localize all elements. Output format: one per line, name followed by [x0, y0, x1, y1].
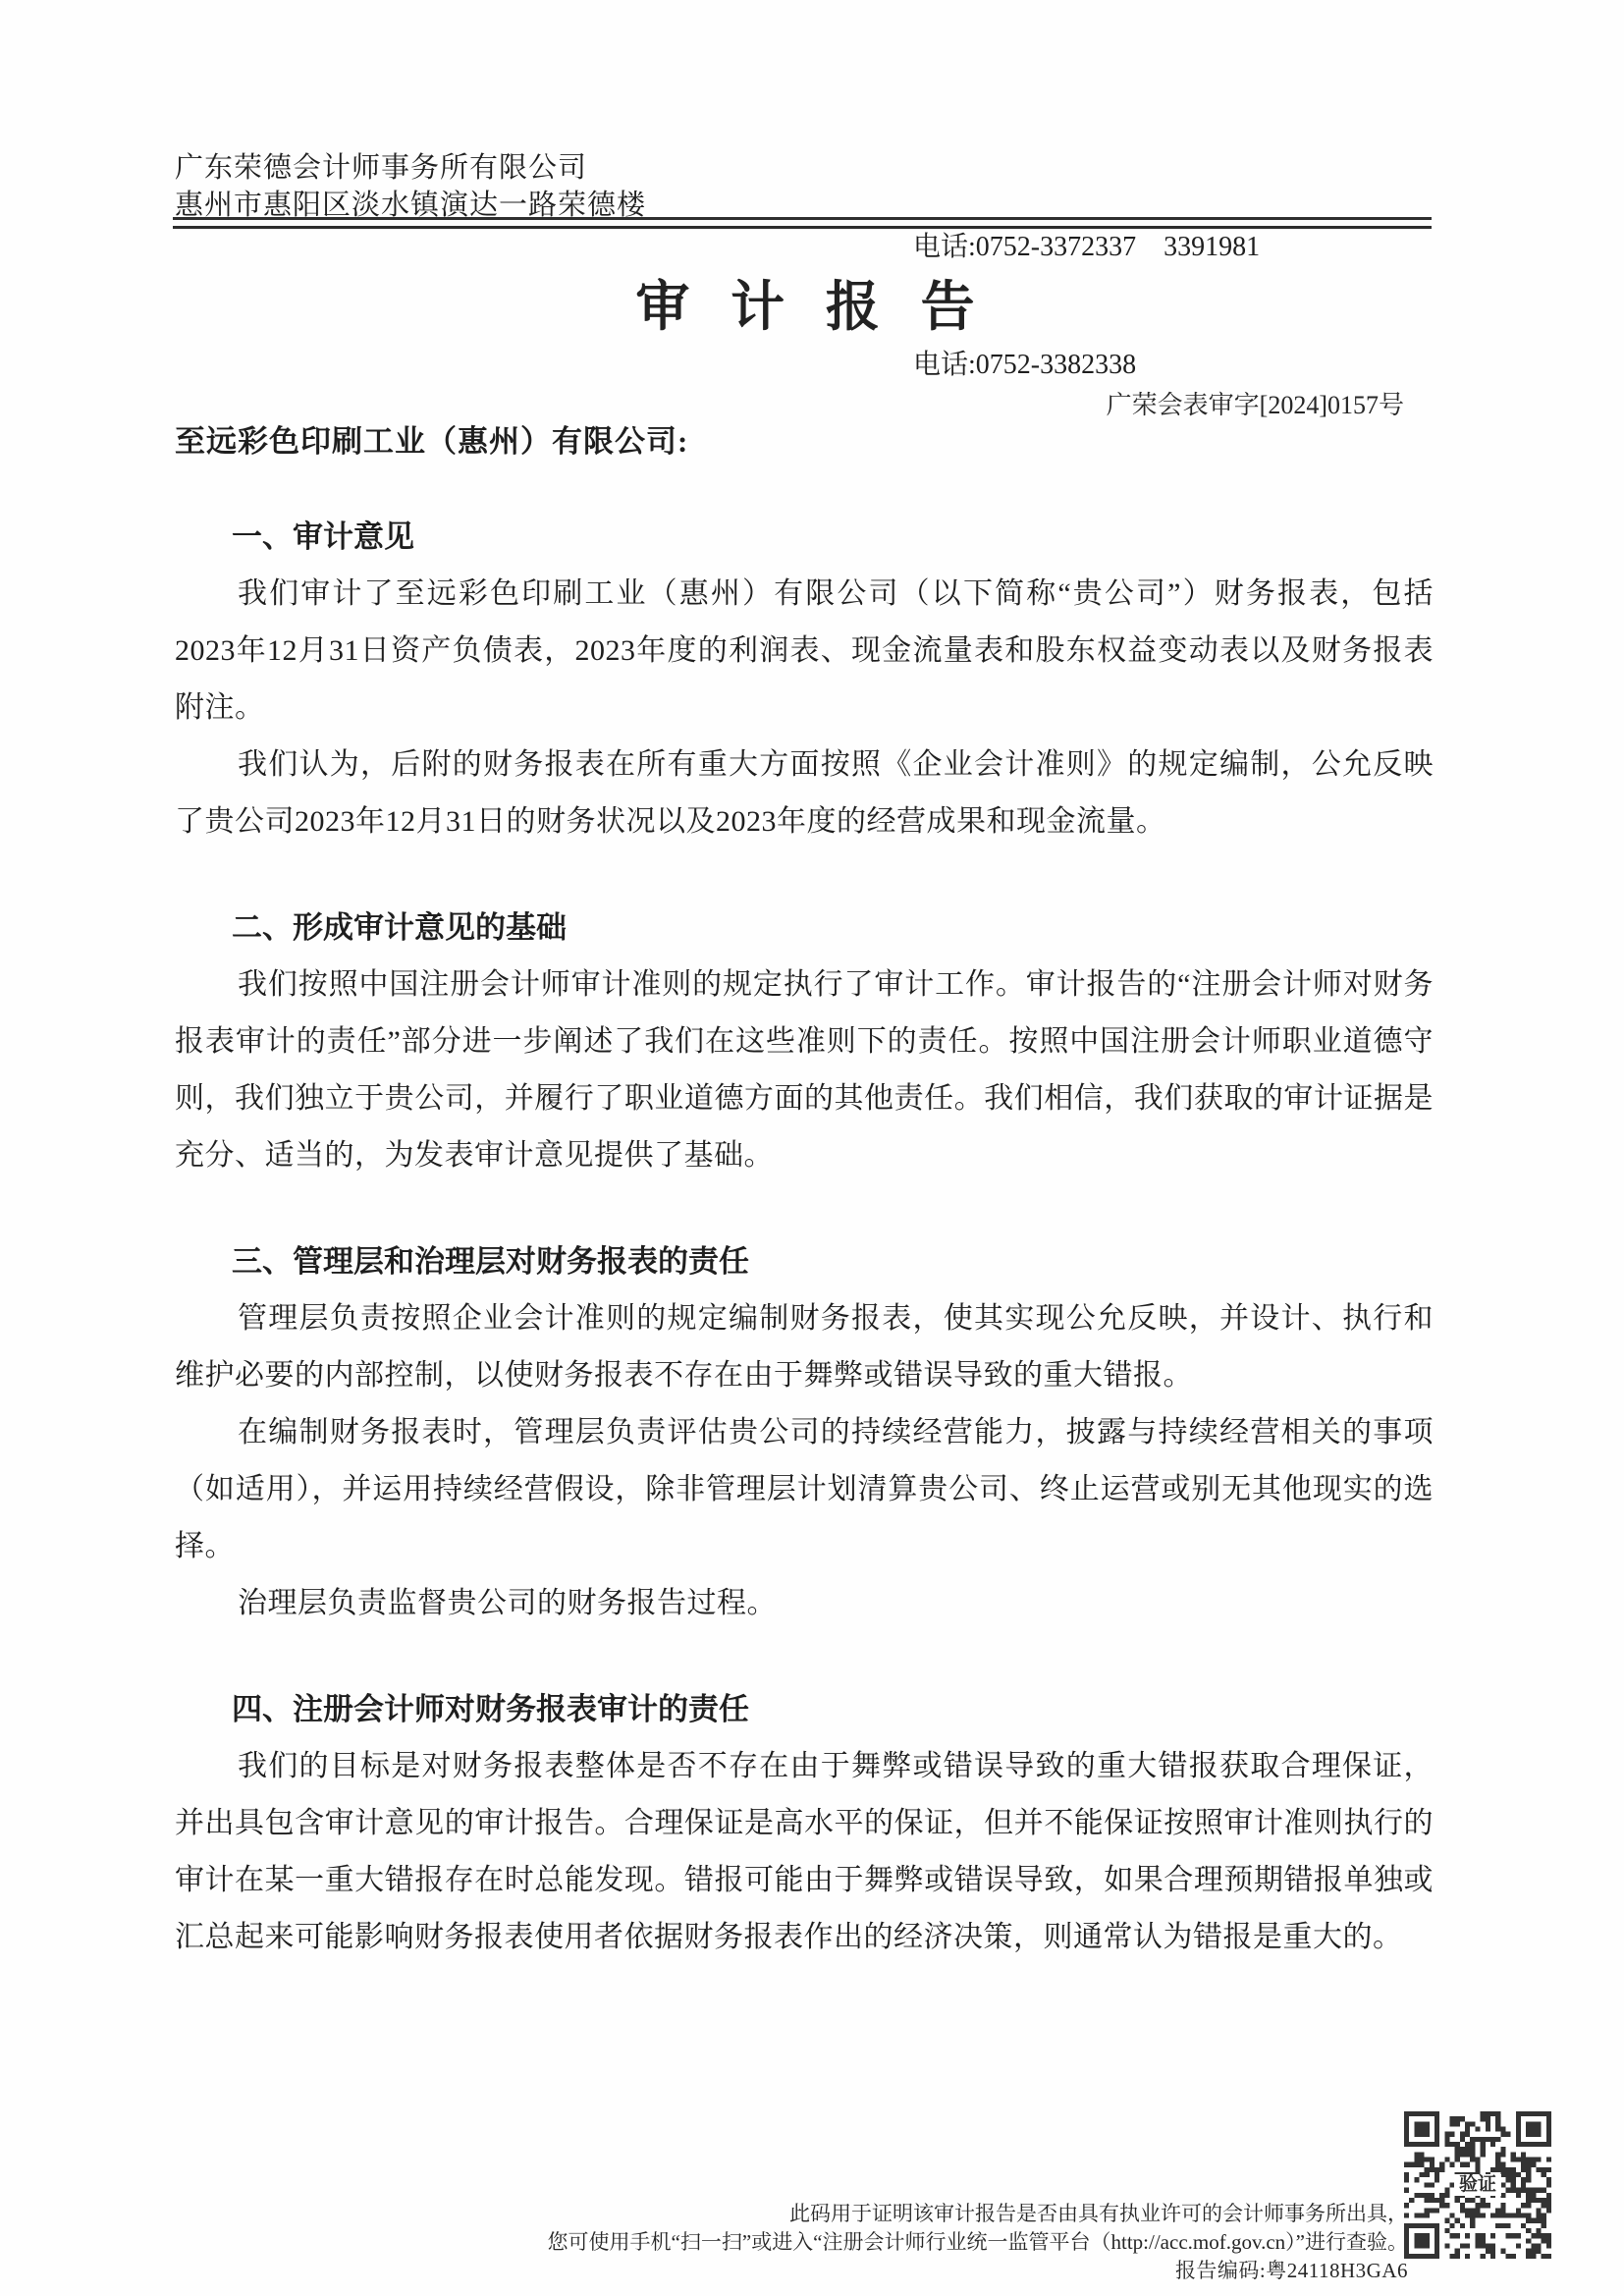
paragraph: 我们按照中国注册会计师审计准则的规定执行了审计工作。审计报告的“注册会计师对财务…	[175, 957, 1434, 1184]
audit-report-page: 广东荣德会计师事务所有限公司 惠州市惠阳区淡水镇演达一路荣德楼 电话:0752-…	[0, 0, 1624, 2296]
section-heading-4: 四、注册会计师对财务报表审计的责任	[175, 1681, 1434, 1738]
qr-center-label: 验证	[1454, 2174, 1501, 2196]
section-basis-for-opinion: 二、形成审计意见的基础 我们按照中国注册会计师审计准则的规定执行了审计工作。审计…	[175, 900, 1434, 1184]
phone-line-2: 电话:0752-3382338	[913, 346, 1260, 385]
verification-qr-code-icon: 验证	[1404, 2111, 1551, 2259]
section-audit-opinion: 一、审计意见 我们审计了至远彩色印刷工业（惠州）有限公司（以下简称“贵公司”）财…	[175, 509, 1434, 850]
section-management-responsibility: 三、管理层和治理层对财务报表的责任 管理层负责按照企业会计准则的规定编制财务报表…	[175, 1233, 1434, 1632]
section-heading-3: 三、管理层和治理层对财务报表的责任	[175, 1233, 1434, 1290]
section-heading-1: 一、审计意见	[175, 509, 1434, 566]
reference-number: 广荣会表审字[2024]0157号	[1107, 385, 1404, 421]
section-heading-2: 二、形成审计意见的基础	[175, 900, 1434, 957]
section-auditor-responsibility: 四、注册会计师对财务报表审计的责任 我们的目标是对财务报表整体是否不存在由于舞弊…	[175, 1681, 1434, 1966]
verification-line-1: 此码用于证明该审计报告是否由具有执业许可的会计师事务所出具，	[338, 2200, 1408, 2228]
verification-line-2: 您可使用手机“扫一扫”或进入“注册会计师行业统一监管平台（http://acc.…	[338, 2228, 1408, 2257]
report-body: 一、审计意见 我们审计了至远彩色印刷工业（惠州）有限公司（以下简称“贵公司”）财…	[175, 460, 1434, 1966]
report-code: 报告编码:粤24118H3GA6	[338, 2257, 1408, 2285]
paragraph: 我们的目标是对财务报表整体是否不存在由于舞弊或错误导致的重大错报获取合理保证，并…	[175, 1738, 1434, 1966]
addressee: 至远彩色印刷工业（惠州）有限公司:	[175, 416, 688, 461]
report-title: 审 计 报 告	[0, 263, 1624, 342]
paragraph: 治理层负责监督贵公司的财务报告过程。	[175, 1575, 1434, 1632]
phone-line-1: 电话:0752-3372337 3391981	[913, 228, 1260, 267]
paragraph: 在编制财务报表时，管理层负责评估贵公司的持续经营能力，披露与持续经营相关的事项（…	[175, 1404, 1434, 1575]
letterhead-divider	[173, 217, 1432, 229]
verification-note: 此码用于证明该审计报告是否由具有执业许可的会计师事务所出具， 您可使用手机“扫一…	[338, 2200, 1408, 2285]
paragraph: 我们认为，后附的财务报表在所有重大方面按照《企业会计准则》的规定编制，公允反映了…	[175, 737, 1434, 850]
paragraph: 管理层负责按照企业会计准则的规定编制财务报表，使其实现公允反映，并设计、执行和维…	[175, 1290, 1434, 1404]
paragraph: 我们审计了至远彩色印刷工业（惠州）有限公司（以下简称“贵公司”）财务报表，包括2…	[175, 566, 1434, 737]
letterhead: 广东荣德会计师事务所有限公司 惠州市惠阳区淡水镇演达一路荣德楼 电话:0752-…	[175, 149, 1437, 228]
